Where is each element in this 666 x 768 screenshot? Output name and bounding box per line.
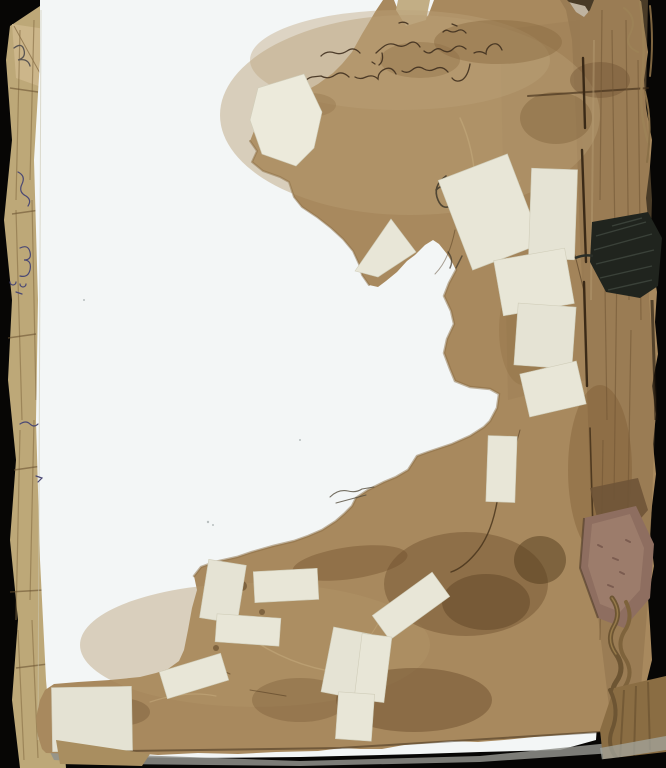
tape-patch [514,303,576,369]
tape-patch [528,168,577,260]
manuscript-svg [0,0,666,768]
tape-patch [253,568,319,602]
tape-patch [486,436,517,503]
manuscript-scan-page: Archival scan: torn brown manuscript lea… [0,0,666,768]
stain-spot [213,645,219,651]
stain-spot [259,609,265,615]
tape-patch [335,692,374,741]
page-speck [207,521,209,523]
page-speck [212,524,214,526]
page-speck [299,439,301,441]
stain [514,536,566,584]
tape-patch [215,614,281,646]
stain [520,92,592,144]
stain [442,574,530,630]
page-speck [83,299,85,301]
